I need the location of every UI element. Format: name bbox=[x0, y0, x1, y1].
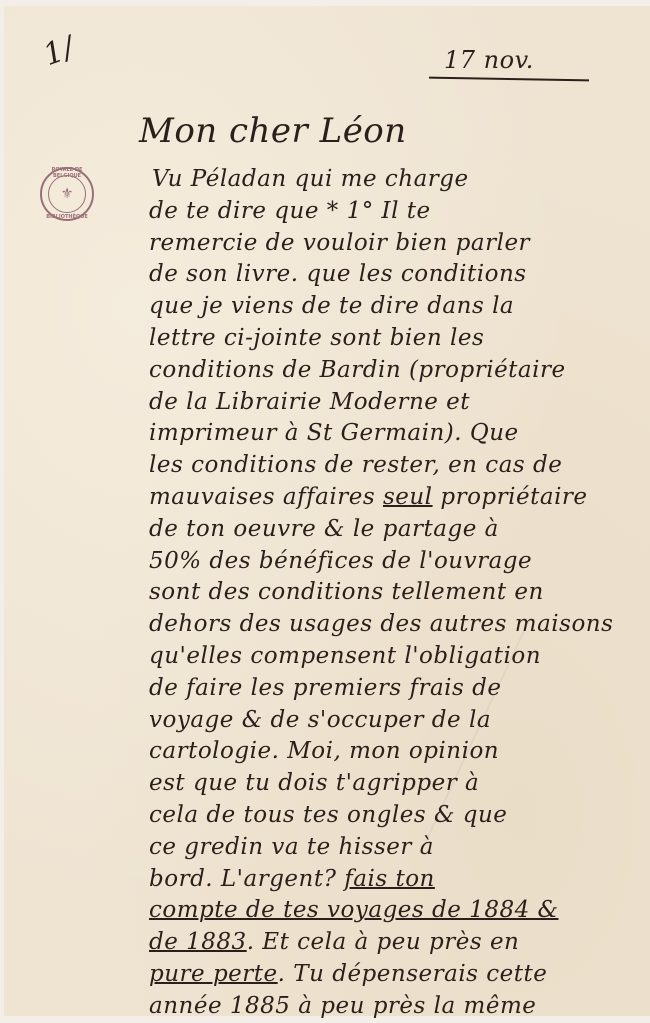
date-underline bbox=[429, 77, 589, 82]
letter-line: cartologie. Moi, mon opinion bbox=[149, 738, 499, 764]
letter-line: compte de tes voyages de 1884 & bbox=[149, 897, 559, 923]
letter-line: pure perte. Tu dépenserais cette bbox=[149, 961, 547, 987]
letter-line: année 1885 à peu près la même bbox=[149, 993, 536, 1019]
fleur-de-lis-icon: ⚜ bbox=[48, 175, 86, 213]
letter-line: de faire les premiers frais de bbox=[149, 675, 501, 701]
folio-number: 1/ bbox=[39, 30, 79, 73]
letter-line: remercie de vouloir bien parler bbox=[149, 230, 530, 256]
letter-date: 17 nov. bbox=[444, 46, 534, 74]
letter-line: Vu Péladan qui me charge bbox=[152, 166, 469, 192]
library-stamp: ROYALE DE BELGIQUE ⚜ BIBLIOTHÈQUE bbox=[40, 167, 94, 221]
salutation: Mon cher Léon bbox=[139, 111, 407, 151]
letter-line: dehors des usages des autres maisons bbox=[149, 611, 613, 637]
letter-line: de la Librairie Moderne et bbox=[149, 389, 470, 415]
letter-line: de te dire que * 1° Il te bbox=[149, 198, 431, 224]
stamp-top-text: ROYALE DE BELGIQUE bbox=[42, 167, 92, 179]
letter-line: 50% des bénéfices de l'ouvrage bbox=[149, 548, 532, 574]
letter-line: est que tu dois t'agripper à bbox=[149, 770, 479, 796]
letter-line: cela de tous tes ongles & que bbox=[149, 802, 507, 828]
letter-line: imprimeur à St Germain). Que bbox=[149, 420, 519, 446]
letter-line: que je viens de te dire dans la bbox=[149, 293, 514, 319]
letter-line: conditions de Bardin (propriétaire bbox=[149, 357, 566, 383]
letter-line: lettre ci-jointe sont bien les bbox=[149, 325, 484, 351]
letter-line: qu'elles compensent l'obligation bbox=[149, 643, 541, 669]
letter-line: les conditions de rester, en cas de bbox=[149, 452, 562, 478]
letter-line: sont des conditions tellement en bbox=[149, 579, 544, 605]
letter-line: bord. L'argent? fais ton bbox=[149, 866, 435, 892]
letter-line: mauvaises affaires seul propriétaire bbox=[149, 484, 588, 510]
letter-line: de ton oeuvre & le partage à bbox=[149, 516, 499, 542]
letter-page: 1/ 17 nov. Mon cher Léon ROYALE DE BELGI… bbox=[4, 6, 650, 1016]
stamp-bottom-text: BIBLIOTHÈQUE bbox=[42, 214, 92, 220]
letter-line: de son livre. que les conditions bbox=[149, 261, 527, 287]
letter-line: ce gredin va te hisser à bbox=[149, 834, 434, 860]
letter-line: de 1883. Et cela à peu près en bbox=[149, 929, 519, 955]
letter-line: voyage & de s'occuper de la bbox=[149, 707, 491, 733]
